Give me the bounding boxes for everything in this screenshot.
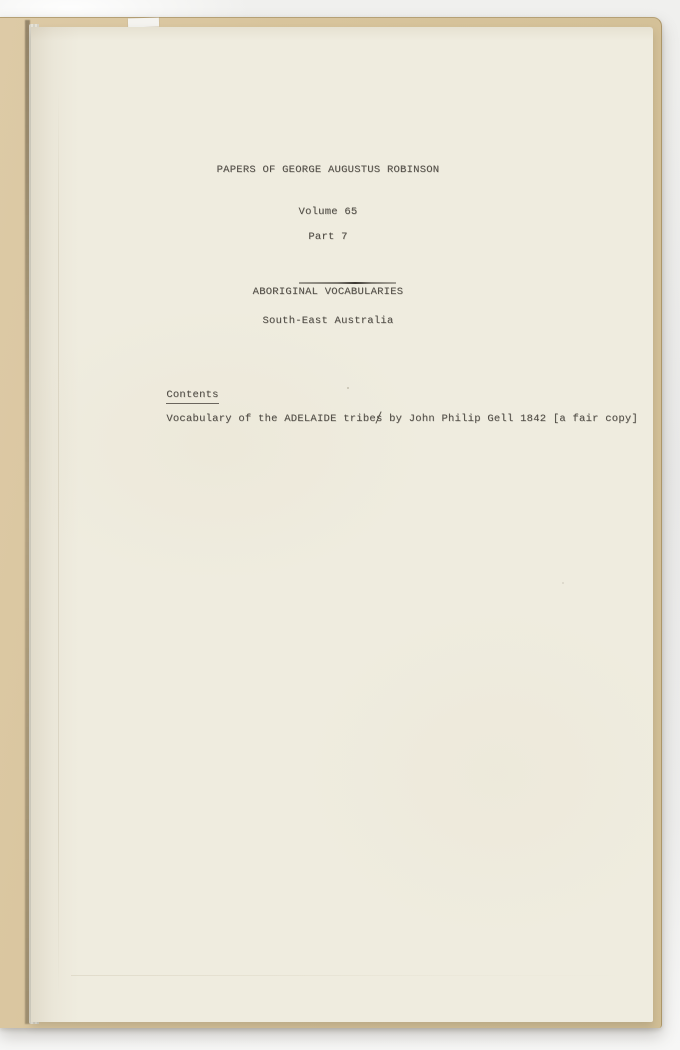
contents-entry: Vocabulary of the ADELAIDE tribes by Joh… xyxy=(127,400,638,439)
scan-backdrop: PAPERS OF GEORGE AUGUSTUS ROBINSON Volum… xyxy=(0,0,680,1050)
paper-speck xyxy=(562,582,564,584)
document-title: PAPERS OF GEORGE AUGUSTUS ROBINSON xyxy=(31,164,625,177)
volume-line: Volume 65 xyxy=(31,206,625,219)
tape-fragment xyxy=(128,18,159,28)
typed-rule xyxy=(299,282,396,284)
region-line: South-East Australia xyxy=(31,315,625,328)
section-title: ABORIGINAL VOCABULARIES xyxy=(31,286,625,299)
struck-letter: s xyxy=(376,413,383,426)
contents-entry-after: by John Philip Gell 1842 [a fair copy] xyxy=(383,413,639,425)
contents-entry-before: Vocabulary of the ADELAIDE tribe xyxy=(166,413,376,425)
binding-crease xyxy=(58,87,59,997)
part-line: Part 7 xyxy=(31,231,625,244)
manuscript-page: PAPERS OF GEORGE AUGUSTUS ROBINSON Volum… xyxy=(31,27,653,1022)
paper-speck xyxy=(347,387,349,389)
bottom-crease xyxy=(71,975,631,976)
